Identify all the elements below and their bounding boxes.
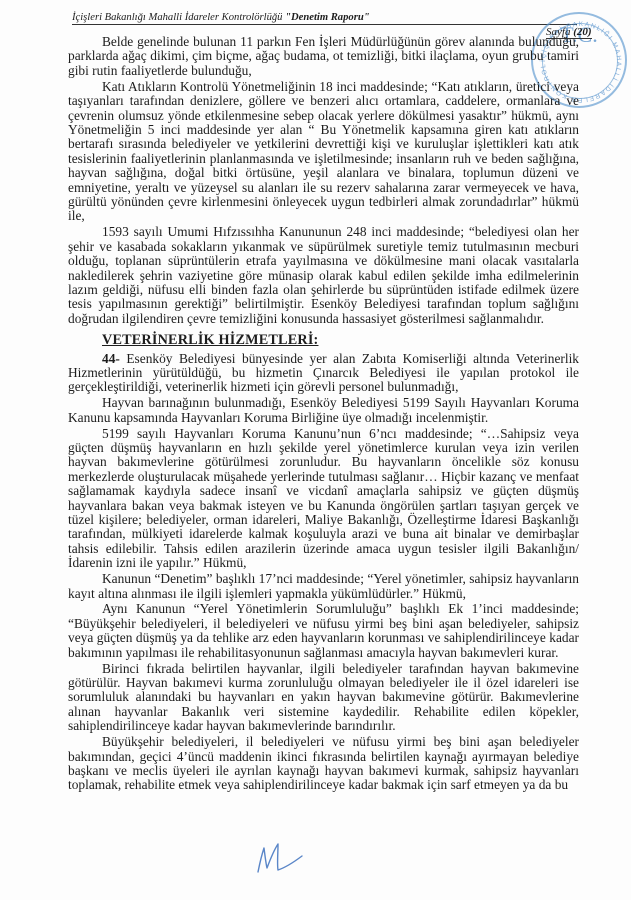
header-report-title: "Denetim Raporu" <box>285 12 369 23</box>
section-heading: VETERİNERLİK HİZMETLERİ: <box>68 333 579 347</box>
paragraph: Birinci fıkrada belirtilen hayvanlar, il… <box>68 662 579 734</box>
paragraph: Hayvan barınağının bulunmadığı, Esenköy … <box>68 396 579 425</box>
paragraph: 44- Esenköy Belediyesi bünyesinde yer al… <box>68 352 579 395</box>
paragraph: Aynı Kanunun “Yerel Yönetimlerin Sorumlu… <box>68 602 579 660</box>
document-page: İçişleri Bakanlığı Mahalli İdareler Kont… <box>0 0 631 900</box>
paragraph-text: Esenköy Belediyesi bünyesinde yer alan Z… <box>68 351 579 395</box>
paragraph: 5199 sayılı Hayvanları Koruma Kanunu’nun… <box>68 427 579 571</box>
header-institution: İçişleri Bakanlığı Mahalli İdareler Kont… <box>72 12 285 23</box>
paragraph: Katı Atıkların Kontrolü Yönetmeliğinin 1… <box>68 80 579 224</box>
running-header: İçişleri Bakanlığı Mahalli İdareler Kont… <box>72 12 577 25</box>
paragraph: 1593 sayılı Umumi Hıfzıssıhha Kanununun … <box>68 225 579 326</box>
paragraph: Kanunun “Denetim” başlıklı 17’nci maddes… <box>68 572 579 601</box>
signature-initials-icon <box>252 838 312 878</box>
paragraph: Belde genelinde bulunan 11 parkın Fen İş… <box>68 35 579 78</box>
paragraph: Büyükşehir belediyeleri, il belediyeleri… <box>68 735 579 793</box>
item-number: 44- <box>102 351 120 366</box>
document-body: Belde genelinde bulunan 11 parkın Fen İş… <box>68 35 579 794</box>
